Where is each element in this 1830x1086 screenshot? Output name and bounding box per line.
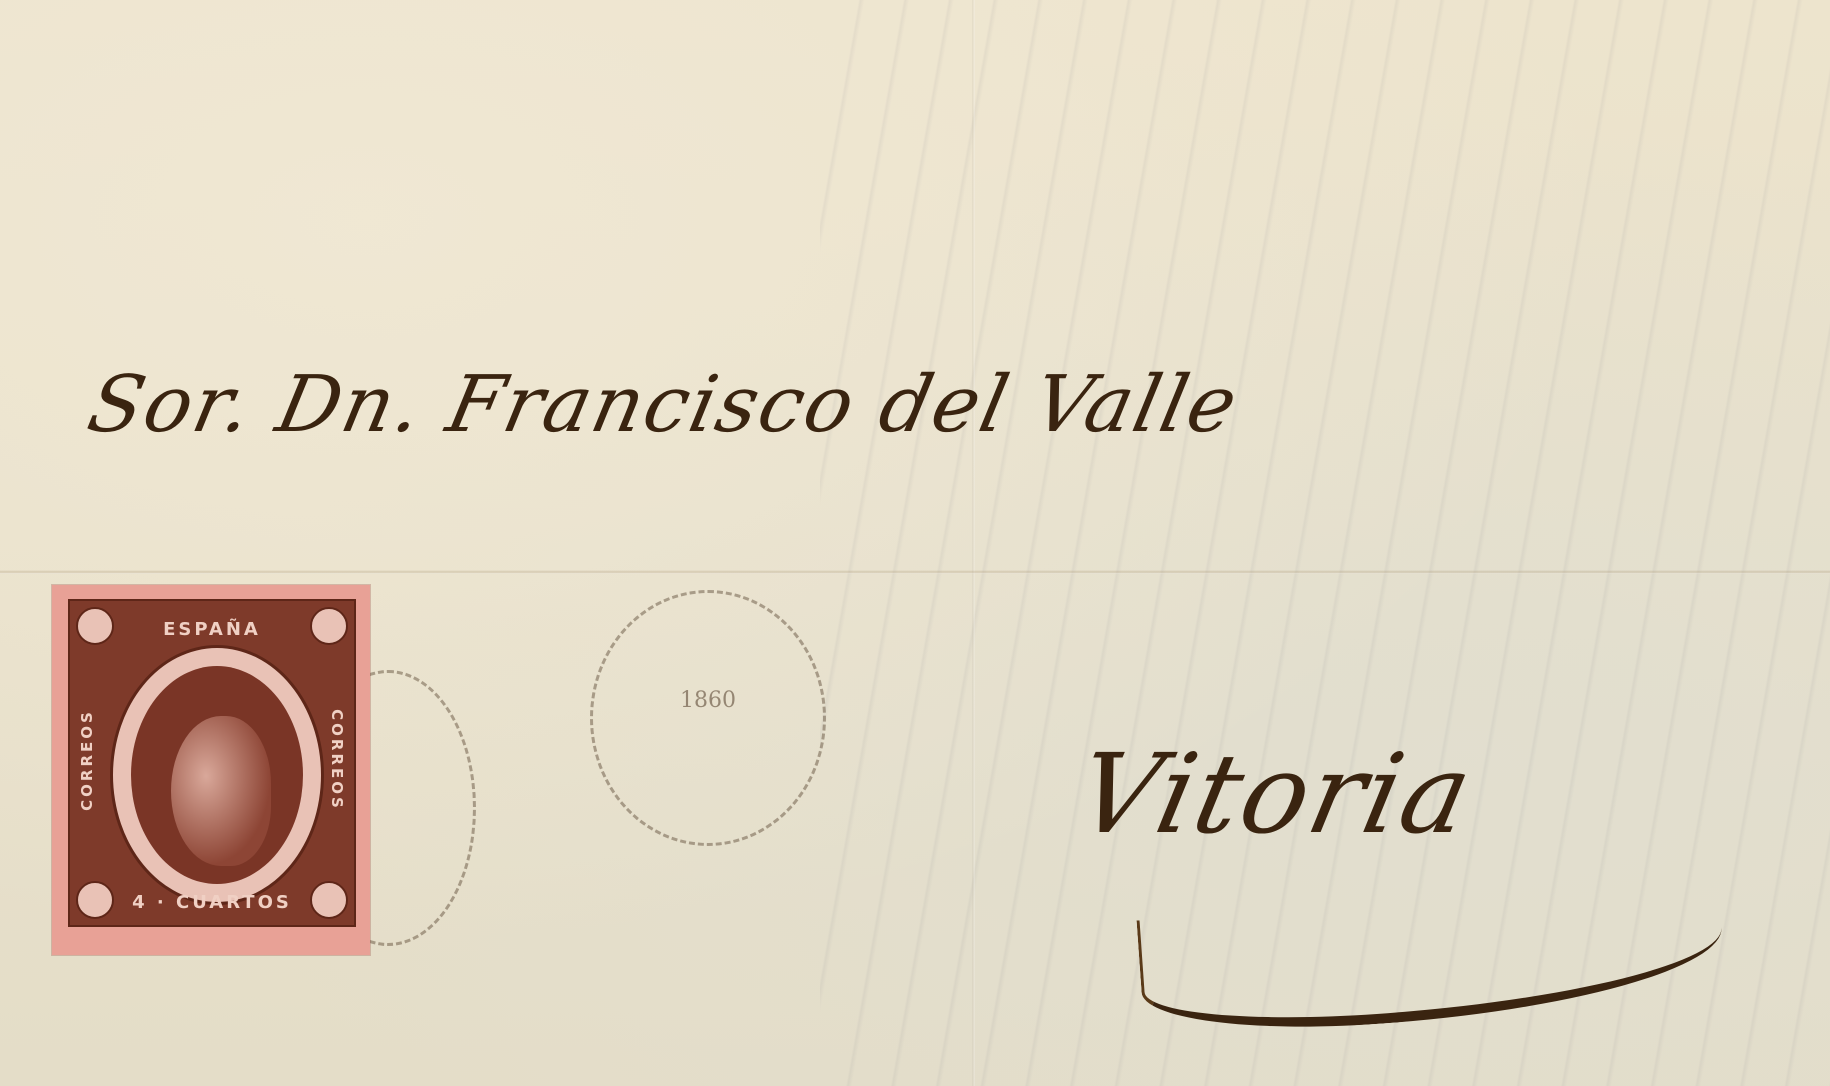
address-recipient: Sor. Dn. Francisco del Valle xyxy=(80,360,1246,450)
stamp-country: ESPAÑA xyxy=(70,619,354,640)
vertical-fold xyxy=(972,0,975,1086)
postmark-date: 1860 xyxy=(593,688,823,713)
horizontal-fold xyxy=(0,570,1830,574)
stamp-side-left: CORREOS xyxy=(78,709,96,811)
letter-cover: Sor. Dn. Francisco del Valle Vitoria 186… xyxy=(0,0,1830,1086)
address-city: Vitoria xyxy=(1066,730,1484,858)
stamp-value: 4 · CUARTOS xyxy=(70,892,354,913)
postage-stamp: ESPAÑA CORREOS CORREOS 4 · CUARTOS xyxy=(52,585,370,955)
queen-portrait xyxy=(171,716,271,866)
stamp-side-right: CORREOS xyxy=(328,709,346,811)
stamp-oval xyxy=(110,645,324,905)
postmark-circular: 1860 xyxy=(590,590,826,846)
stamp-frame: ESPAÑA CORREOS CORREOS 4 · CUARTOS xyxy=(68,599,356,927)
stamp-portrait-field xyxy=(131,666,303,884)
